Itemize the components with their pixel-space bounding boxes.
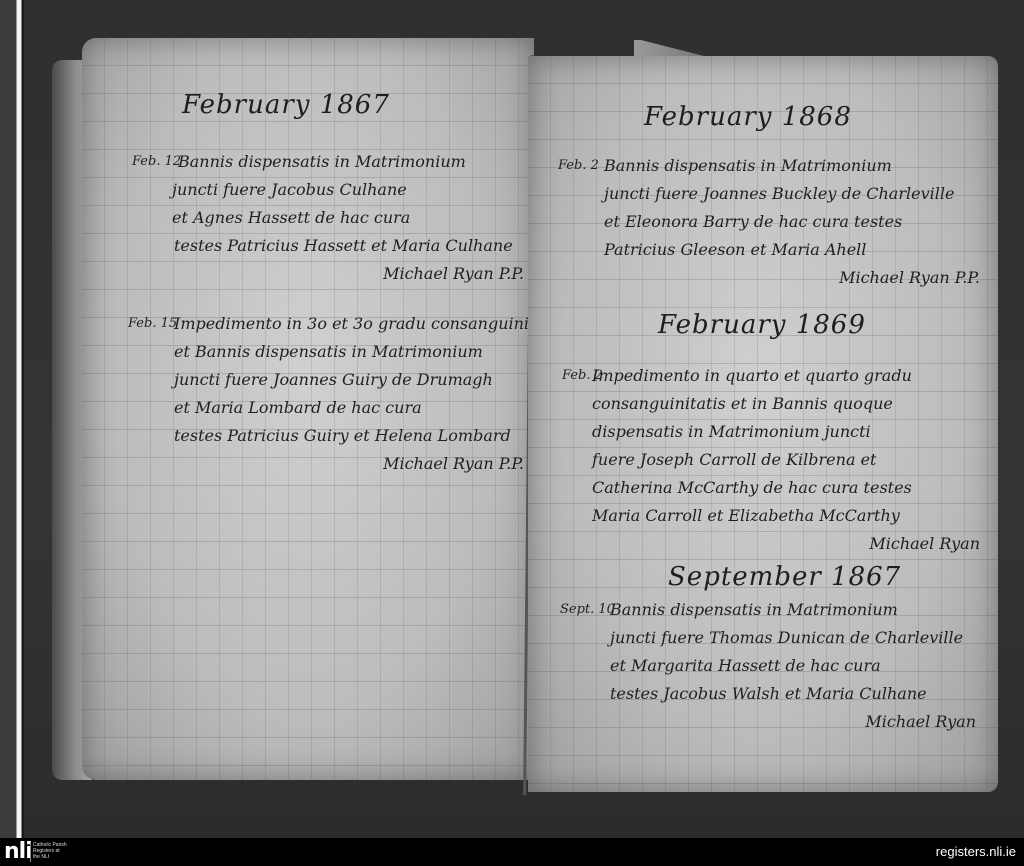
- left-page: February 1867 Feb. 12 Bannis dispensatis…: [82, 38, 534, 780]
- entry-line: testes Patricius Hassett et Maria Culhan…: [174, 232, 528, 260]
- entry-line: Bannis dispensatis in Matrimonium: [610, 596, 980, 624]
- entry-date: Sept. 10: [560, 596, 615, 624]
- entry-line: et Bannis dispensatis in Matrimonium: [174, 338, 528, 366]
- entry-date: Feb. 15: [128, 310, 177, 338]
- entry-date: Feb. 12: [132, 148, 181, 176]
- logo-caption-line: the NLI: [33, 854, 73, 860]
- register-entry: Feb. 2 Bannis dispensatis in Matrimonium…: [604, 152, 984, 292]
- logo-caption: Catholic Parish Registers at the NLI: [33, 842, 73, 860]
- entry-line: Patricius Gleeson et Maria Ahell: [604, 236, 984, 264]
- image-viewer[interactable]: February 1867 Feb. 12 Bannis dispensatis…: [24, 0, 1024, 838]
- signature: Michael Ryan P.P.: [174, 450, 528, 478]
- signature: Michael Ryan P.P.: [178, 260, 528, 288]
- signature: Michael Ryan: [610, 708, 980, 736]
- signature: Michael Ryan: [592, 530, 984, 558]
- entry-line: testes Patricius Guiry et Helena Lombard: [174, 422, 528, 450]
- entry-line: fuere Joseph Carroll de Kilbrena et: [592, 446, 984, 474]
- logo-divider: [30, 842, 31, 862]
- entry-line: juncti fuere Joannes Buckley de Charlevi…: [604, 180, 984, 208]
- page-heading: September 1867: [668, 562, 901, 592]
- entry-date: Feb. 2: [562, 362, 603, 390]
- entry-line: Maria Carroll et Elizabetha McCarthy: [592, 502, 984, 530]
- paper-flap: [634, 40, 704, 56]
- entry-date: Feb. 2: [558, 152, 599, 180]
- entry-line: et Eleonora Barry de hac cura testes: [604, 208, 984, 236]
- page-heading: February 1869: [658, 310, 866, 340]
- entry-line: et Agnes Hassett de hac cura: [172, 204, 528, 232]
- entry-line: Impedimento in quarto et quarto gradu: [592, 362, 984, 390]
- right-page: February 1868 Feb. 2 Bannis dispensatis …: [528, 56, 998, 792]
- nli-logo[interactable]: nli: [4, 840, 32, 864]
- entry-line: testes Jacobus Walsh et Maria Culhane: [610, 680, 980, 708]
- register-entry: Feb. 12 Bannis dispensatis in Matrimoniu…: [178, 148, 528, 288]
- entry-line: juncti fuere Thomas Dunican de Charlevil…: [610, 624, 980, 652]
- page-heading: February 1868: [644, 102, 852, 132]
- entry-line: juncti fuere Jacobus Culhane: [172, 176, 528, 204]
- entry-line: Impedimento in 3o et 3o gradu consanguin…: [174, 310, 528, 338]
- site-url-link[interactable]: registers.nli.ie: [936, 844, 1016, 859]
- entry-line: et Margarita Hassett de hac cura: [610, 652, 980, 680]
- signature: Michael Ryan P.P.: [604, 264, 984, 292]
- register-entry: Feb. 15 Impedimento in 3o et 3o gradu co…: [174, 310, 528, 478]
- page-heading: February 1867: [182, 90, 390, 120]
- entry-line: consanguinitatis et in Bannis quoque: [592, 390, 984, 418]
- entry-line: Bannis dispensatis in Matrimonium: [178, 148, 528, 176]
- entry-line: juncti fuere Joannes Guiry de Drumagh: [174, 366, 528, 394]
- register-entry: Sept. 10 Bannis dispensatis in Matrimoni…: [610, 596, 980, 736]
- entry-line: dispensatis in Matrimonium juncti: [592, 418, 984, 446]
- entry-line: Catherina McCarthy de hac cura testes: [592, 474, 984, 502]
- register-entry: Feb. 2 Impedimento in quarto et quarto g…: [592, 362, 984, 558]
- entry-line: et Maria Lombard de hac cura: [174, 394, 528, 422]
- entry-line: Bannis dispensatis in Matrimonium: [604, 152, 984, 180]
- footer-bar: nli Catholic Parish Registers at the NLI…: [0, 838, 1024, 866]
- scrollbar-strip[interactable]: [0, 0, 24, 838]
